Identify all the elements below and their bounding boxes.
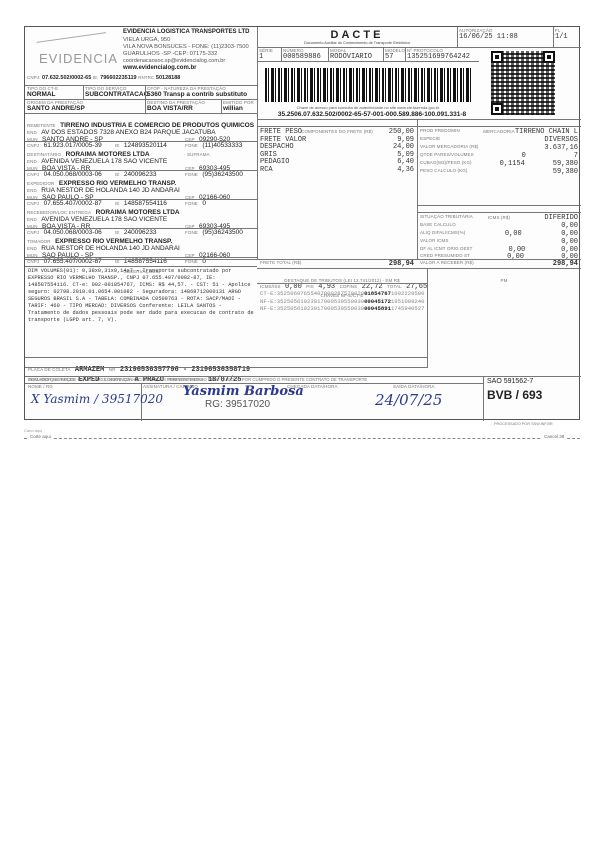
dacte-subtitle: Documento Auxiliar do Conhecimento de Tr…	[257, 41, 457, 45]
valor-receber: VALOR A RECEBER (R$)298,94	[420, 260, 578, 268]
party-block: DESTINATÁRIO RORAIMA MOTORES LTDA - SUFR…	[25, 142, 257, 171]
party-block: RECEBEDOR/LOC ENTREGA RORAIMA MOTORES LT…	[25, 200, 257, 229]
pm-label: PM	[429, 269, 579, 287]
emitido-por: EMITIDO PORwillian	[223, 100, 254, 112]
numero: NÚMERO000589886	[283, 48, 321, 61]
prod-predomin: PROD PREDOMINTIRRENO CHAIN L	[420, 128, 578, 136]
party-block: TOMADOR EXPRESSO RIO VERMELHO TRANSP. EN…	[25, 229, 257, 258]
recipient-handwritten-name[interactable]: X Yasmim / 39517020	[31, 392, 163, 406]
saida-date-handwritten[interactable]: 24/07/25	[375, 391, 442, 409]
chave-item: NF-E:35250561923017000539550030000451721…	[260, 298, 425, 305]
processado-por: PROCESSADO POR SSW.INF.BR	[494, 422, 553, 426]
protocolo: Nº PROTOCOLO135251699764242	[407, 48, 470, 61]
tipo-servico: TIPO DO SERVIÇOSUBCONTRATACAO	[85, 86, 149, 98]
logo-swoosh-icon	[37, 32, 108, 53]
peso-calculo: PESO CALCULO (Kg)59,380	[420, 168, 578, 176]
dacte-title-block: DACTE Documento Auxiliar do Conhecimento…	[257, 27, 457, 47]
party-block: EXPEDIDOR EXPRESSO RIO VERMELHO TRANSP. …	[25, 171, 257, 200]
recipient-signature[interactable]: Yasmim Barbosa	[183, 384, 304, 399]
issuer-logo: EVIDENCIA	[39, 51, 118, 66]
saida-label: SAÍDA DATA/HORA	[393, 384, 435, 389]
modal: MODALRODOVIARIO	[330, 48, 372, 61]
issuer-name: EVIDENCIA LOGISTICA TRANSPORTES LTD	[123, 29, 249, 35]
chave-item: NF-E:35250561923017000539550030000458911…	[260, 305, 425, 312]
valor-mercadoria: VALOR MERCADORIA (R$)3.637,16	[420, 144, 578, 152]
origem-prestacao: ORIGEM DA PRESTAÇÃOSANTO ANDRE/SP	[27, 100, 85, 112]
issuer-email[interactable]: coordenacaosoc.sp@evidencialog.com.br	[123, 58, 225, 64]
qtde-volumes: QTDE PARES/VOLUMES07	[420, 152, 578, 160]
destino-prestacao: DESTINO DA PRESTAÇÃOBOA VISTA/RR	[147, 100, 205, 112]
especie: ESPECIEDIVERSOS	[420, 136, 578, 144]
freight-item: RCA 4,36	[260, 166, 414, 174]
folha: FL1/1	[555, 28, 568, 41]
cubagem-peso: CUBAG(m3)/PESO (Kg)0,115459,380	[420, 160, 578, 168]
declaro-text: DECLARO QUE RECEBI OS VOLUMES DESTE CONH…	[28, 377, 367, 382]
observacoes-text: DIM VOLUMES(01): 0,38x0,31x0,14x7 - Tran…	[28, 268, 256, 324]
valor-icms: VALOR ICMS0,00	[420, 238, 578, 246]
issuer-block: EVIDENCIA EVIDENCIA LOGISTICA TRANSPORTE…	[25, 27, 257, 87]
base-calculo: BASE CALCULO0,00	[420, 222, 578, 230]
tipo-cte: TIPO DO CT-ENORMAL	[27, 86, 58, 98]
modelo: MODELO57	[385, 48, 405, 61]
cut-line	[24, 438, 580, 439]
dacte-title: DACTE	[257, 29, 457, 41]
sao-reference: SAO 591562-7	[487, 378, 533, 385]
canhoto-label: Cano aqui	[24, 428, 42, 433]
issuer-address: VILA NOVA BONSUCES - FONE: (11)2303-7500	[123, 44, 249, 50]
bvb-reference: BVB / 693	[487, 388, 542, 402]
issuer-ids: CNPJ: 07.632.502/0002-65 IE: 79660223511…	[27, 75, 180, 81]
recipient-rg: RG: 39517020	[205, 399, 270, 410]
issuer-address: GUARULHOS -SP -CEP: 07175-332	[123, 51, 217, 57]
party-block: REMETENTE TIRRENO INDUSTRIA E COMERCIO D…	[25, 113, 257, 142]
issuer-address: VIELA URGA, 950	[123, 37, 170, 43]
nome-rg-label: NOME / RG	[28, 384, 53, 389]
autorizacao: AUTORIZAÇÃO16/06/25 11:08	[459, 28, 518, 41]
dacte-document: EVIDENCIA EVIDENCIA LOGISTICA TRANSPORTE…	[24, 26, 580, 420]
corte-right-label: Cancel.38	[542, 434, 566, 439]
corte-aqui-label: Corte aqui	[28, 434, 53, 439]
barcode-image	[265, 68, 471, 102]
chave-acesso-label: Chave de acesso para consulta de autenti…	[257, 105, 479, 110]
chave-acesso: 35.2506.07.632.502/0002-65-57-001-000.58…	[257, 111, 487, 118]
cfop: CFOP - NATUREZA DA PRESTAÇÃO5360 Transp …	[147, 86, 247, 98]
aliq-difal: ALIQ DIFAL/ICMS(%)0,000,00	[420, 230, 578, 238]
chave-item: CT-E:35250607655407000287570020018547671…	[260, 290, 425, 297]
qr-code-image	[491, 51, 555, 115]
issuer-website[interactable]: www.evidencialog.com.br	[123, 65, 196, 71]
situacao-tributaria: SITUAÇÃO TRIBUTÁRIADIFERIDO	[420, 214, 578, 222]
serie: SÉRIE1	[259, 48, 273, 61]
frete-total: FRETE TOTAL (R$)298,94	[260, 260, 414, 268]
